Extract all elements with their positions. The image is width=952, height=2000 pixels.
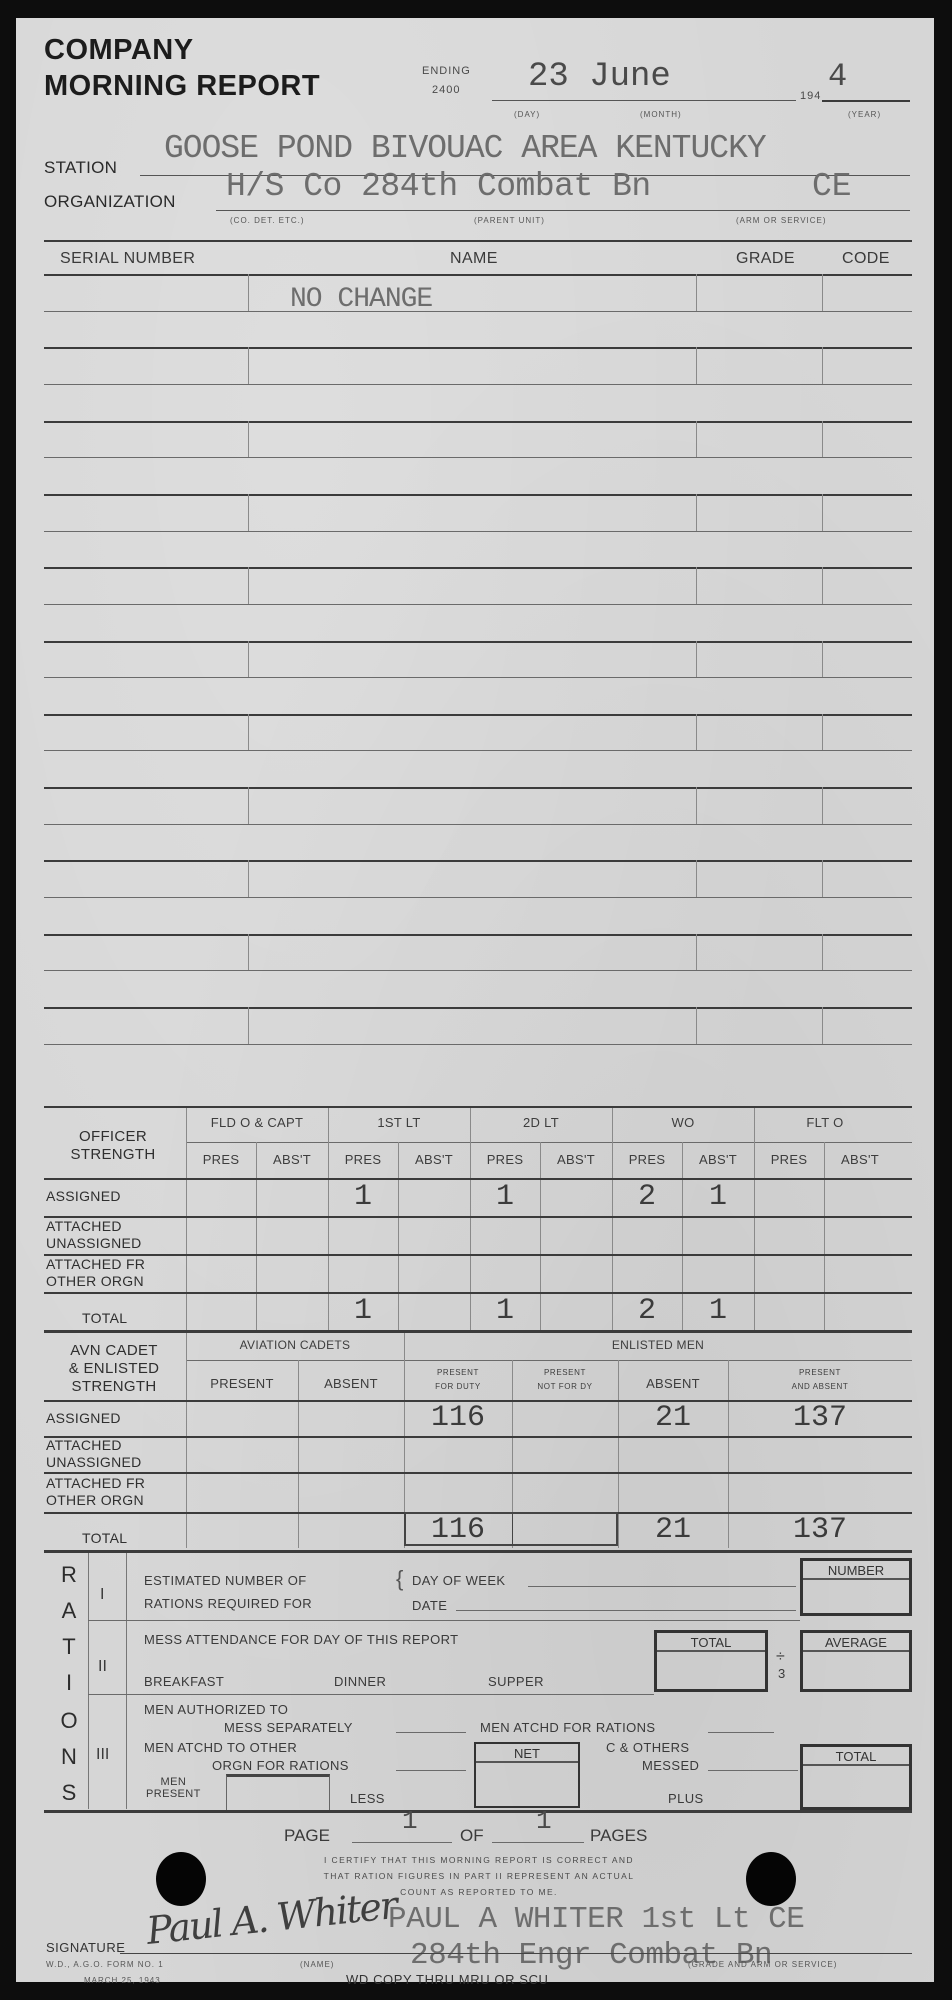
men-authorized-line1: MEN AUTHORIZED TO bbox=[144, 1702, 288, 1717]
part2-roman: II bbox=[98, 1658, 107, 1676]
officer-count-cell[interactable] bbox=[186, 1292, 256, 1330]
binder-hole-left bbox=[156, 1852, 206, 1906]
form-number: W.D., A.G.O. FORM NO. 1 bbox=[46, 1960, 164, 1969]
enlisted-count-cell[interactable] bbox=[186, 1474, 298, 1510]
enlisted-group-rule bbox=[186, 1360, 912, 1361]
officer-count-cell[interactable] bbox=[398, 1292, 470, 1330]
rations-letter: N bbox=[54, 1744, 84, 1770]
officer-row-label: ASSIGNED bbox=[46, 1188, 176, 1205]
officer-group-header: FLT O bbox=[754, 1115, 896, 1130]
part1-text-line1: ESTIMATED NUMBER OF bbox=[144, 1573, 307, 1588]
plus-label: PLUS bbox=[668, 1791, 704, 1806]
number-box[interactable]: NUMBER bbox=[800, 1558, 912, 1616]
mess-total-label: TOTAL bbox=[657, 1633, 765, 1652]
part2-bottom-rule bbox=[88, 1694, 654, 1695]
enlisted-row-label: ATTACHEDUNASSIGNED bbox=[46, 1437, 176, 1471]
officer-count-cell[interactable] bbox=[824, 1216, 896, 1254]
officer-subheader: PRES bbox=[470, 1152, 540, 1167]
year-underline bbox=[822, 100, 910, 102]
part1-roman: I bbox=[100, 1586, 104, 1604]
men-authorized-line2: MESS SEPARATELY bbox=[224, 1720, 353, 1735]
supper-label: SUPPER bbox=[488, 1674, 544, 1689]
officer-row-label: TOTAL bbox=[46, 1310, 176, 1327]
pages-label: PAGES bbox=[590, 1826, 647, 1846]
officer-subheader: ABS'T bbox=[540, 1152, 612, 1167]
date-underline bbox=[492, 100, 796, 101]
officer-count-cell[interactable] bbox=[398, 1254, 470, 1292]
total-box-divider bbox=[512, 1512, 513, 1546]
rations-roman-divider bbox=[126, 1553, 127, 1809]
enlisted-row-label: TOTAL bbox=[46, 1530, 176, 1547]
signature-label: SIGNATURE bbox=[46, 1940, 125, 1955]
officer-count-cell[interactable] bbox=[754, 1254, 824, 1292]
enlisted-count-cell[interactable] bbox=[618, 1436, 728, 1472]
officer-count-cell[interactable] bbox=[398, 1216, 470, 1254]
organization-value[interactable]: H/S Co 284th Combat Bn bbox=[226, 168, 651, 205]
mess-separately-field[interactable] bbox=[396, 1732, 466, 1733]
men-atchd-rations-field[interactable] bbox=[708, 1732, 774, 1733]
average-label: AVERAGE bbox=[803, 1633, 909, 1652]
roster-row[interactable] bbox=[44, 860, 912, 933]
enlisted-count-cell[interactable] bbox=[298, 1474, 404, 1510]
enlisted-strength-title: AVN CADET & ENLISTED STRENGTH bbox=[52, 1342, 176, 1396]
officer-count-cell[interactable] bbox=[540, 1292, 612, 1330]
officer-count-cell[interactable]: 1 bbox=[328, 1178, 398, 1216]
mess-total-box[interactable]: TOTAL bbox=[654, 1630, 768, 1692]
enlisted-count-cell[interactable] bbox=[618, 1474, 728, 1510]
enlisted-count-cell[interactable] bbox=[186, 1512, 298, 1548]
divide-sign: ÷ bbox=[776, 1648, 785, 1666]
month-caption: (MONTH) bbox=[640, 110, 682, 119]
total-pages[interactable]: 1 bbox=[536, 1806, 552, 1836]
officer-count-cell[interactable] bbox=[256, 1254, 328, 1292]
officer-count-cell[interactable] bbox=[398, 1178, 470, 1216]
officer-count-cell[interactable] bbox=[682, 1216, 754, 1254]
number-label: NUMBER bbox=[803, 1561, 909, 1580]
officer-count-cell[interactable] bbox=[754, 1216, 824, 1254]
rations-letter: R bbox=[54, 1562, 84, 1588]
officer-top-rule bbox=[44, 1106, 912, 1108]
officer-count-cell[interactable]: 1 bbox=[470, 1178, 540, 1216]
less-label: LESS bbox=[350, 1791, 385, 1806]
cadets-present-header: PRESENT bbox=[186, 1376, 298, 1391]
enlisted-count-cell[interactable] bbox=[728, 1436, 912, 1472]
present-for-duty-header: PRESENTFOR DUTY bbox=[404, 1366, 512, 1394]
enlisted-count-cell[interactable] bbox=[298, 1400, 404, 1436]
officer-subheader: ABS'T bbox=[682, 1152, 754, 1167]
service-caption: (GRADE AND ARM OR SERVICE) bbox=[688, 1960, 837, 1969]
cadets-absent-header: ABSENT bbox=[298, 1376, 404, 1391]
brace-icon: { bbox=[396, 1566, 404, 1592]
code-header: CODE bbox=[842, 250, 890, 268]
page-field-line bbox=[352, 1842, 452, 1843]
arm-caption: (ARM OR SERVICE) bbox=[736, 216, 827, 225]
ending-time: 2400 bbox=[432, 84, 460, 96]
officer-count-cell[interactable] bbox=[612, 1216, 682, 1254]
officer-group-header: WO bbox=[612, 1115, 754, 1130]
name-caption: (NAME) bbox=[300, 1960, 334, 1969]
roster-row[interactable] bbox=[44, 421, 912, 494]
total-present-box bbox=[404, 1512, 618, 1546]
roster-row[interactable] bbox=[44, 641, 912, 714]
form-date: MARCH 25, 1943 bbox=[84, 1976, 161, 1985]
officer-subheader: ABS'T bbox=[824, 1152, 896, 1167]
officer-count-cell[interactable] bbox=[256, 1178, 328, 1216]
enlisted-count-cell[interactable] bbox=[186, 1400, 298, 1436]
rations-letter: I bbox=[54, 1670, 84, 1696]
men-present-field[interactable] bbox=[226, 1774, 330, 1810]
officer-subheader: PRES bbox=[612, 1152, 682, 1167]
officer-count-cell[interactable] bbox=[540, 1178, 612, 1216]
enlisted-count-cell[interactable] bbox=[728, 1474, 912, 1510]
organization-label: ORGANIZATION bbox=[44, 192, 176, 212]
page-number[interactable]: 1 bbox=[402, 1806, 418, 1836]
officer-count-cell[interactable] bbox=[186, 1216, 256, 1254]
binder-hole-right bbox=[746, 1852, 796, 1906]
officer-count-cell[interactable]: 2 bbox=[612, 1292, 682, 1330]
roster-row[interactable] bbox=[44, 274, 912, 347]
officer-subheader: ABS'T bbox=[398, 1152, 470, 1167]
officer-count-cell[interactable] bbox=[824, 1292, 896, 1330]
serial-number-header: SERIAL NUMBER bbox=[60, 250, 195, 268]
officer-row-label: ATTACHEDUNASSIGNED bbox=[46, 1218, 176, 1252]
officer-count-cell[interactable] bbox=[540, 1254, 612, 1292]
roster-row[interactable] bbox=[44, 494, 912, 567]
officer-group-rule bbox=[186, 1142, 912, 1143]
enlisted-row-label: ASSIGNED bbox=[46, 1410, 176, 1427]
officer-count-cell[interactable] bbox=[470, 1254, 540, 1292]
copy-note: WD COPY THRU MRU OR SCU bbox=[346, 1972, 549, 1987]
average-box[interactable]: AVERAGE bbox=[800, 1630, 912, 1692]
officer-group-header: FLD O & CAPT bbox=[186, 1115, 328, 1130]
part3-total-box[interactable]: TOTAL bbox=[800, 1744, 912, 1810]
officer-group-header: 1ST LT bbox=[328, 1115, 470, 1130]
enlisted-count-cell[interactable] bbox=[404, 1474, 512, 1510]
officer-count-cell[interactable] bbox=[256, 1292, 328, 1330]
c-others-line2: MESSED bbox=[642, 1758, 699, 1773]
officer-subheader: PRES bbox=[328, 1152, 398, 1167]
officer-count-cell[interactable] bbox=[328, 1216, 398, 1254]
enlisted-count-cell[interactable] bbox=[404, 1436, 512, 1472]
aviation-cadets-header: AVIATION CADETS bbox=[186, 1338, 404, 1352]
part1-text-line2: RATIONS REQUIRED FOR bbox=[144, 1596, 312, 1611]
officer-count-cell[interactable] bbox=[186, 1254, 256, 1292]
enlisted-count-cell[interactable]: 116 bbox=[404, 1400, 512, 1436]
year-prefix: 194 bbox=[800, 90, 821, 102]
roster-row[interactable] bbox=[44, 347, 912, 420]
men-atchd-other-line1: MEN ATCHD TO OTHER bbox=[144, 1740, 297, 1755]
enlisted-count-cell[interactable] bbox=[298, 1512, 404, 1548]
officer-subheader: PRES bbox=[754, 1152, 824, 1167]
men-atchd-rations-label: MEN ATCHD FOR RATIONS bbox=[480, 1720, 655, 1735]
rations-letter: S bbox=[54, 1780, 84, 1806]
page-label: PAGE bbox=[284, 1826, 330, 1846]
part3-roman: III bbox=[96, 1746, 109, 1764]
present-and-absent-header: PRESENTAND ABSENT bbox=[728, 1366, 912, 1394]
pages-field-line bbox=[492, 1842, 584, 1843]
officer-count-cell[interactable] bbox=[612, 1254, 682, 1292]
year-caption: (YEAR) bbox=[848, 110, 881, 119]
date-field[interactable] bbox=[456, 1610, 796, 1611]
officer-subheader: ABS'T bbox=[256, 1152, 328, 1167]
station-label: STATION bbox=[44, 158, 117, 178]
officer-count-cell[interactable] bbox=[256, 1216, 328, 1254]
enlisted-count-cell[interactable] bbox=[186, 1436, 298, 1472]
organization-underline bbox=[216, 210, 910, 211]
divisor: 3 bbox=[778, 1666, 786, 1681]
enlisted-count-cell[interactable]: 21 bbox=[618, 1400, 728, 1436]
report-date[interactable]: 23 June bbox=[528, 58, 671, 96]
form-title-line2: MORNING REPORT bbox=[44, 72, 320, 101]
enlisted-count-cell[interactable] bbox=[512, 1474, 618, 1510]
roster-row[interactable] bbox=[44, 787, 912, 860]
enlisted-count-cell[interactable]: 21 bbox=[618, 1512, 728, 1548]
signature-line bbox=[120, 1953, 912, 1954]
part1-bottom-rule bbox=[88, 1620, 800, 1621]
c-others-line1: C & OTHERS bbox=[606, 1740, 689, 1755]
officer-count-cell[interactable] bbox=[540, 1216, 612, 1254]
present-not-for-duty-header: PRESENTNOT FOR DY bbox=[512, 1366, 618, 1394]
mess-attendance-title: MESS ATTENDANCE FOR DAY OF THIS REPORT bbox=[144, 1632, 459, 1647]
enlisted-count-cell[interactable]: 137 bbox=[728, 1400, 912, 1436]
day-of-week-field[interactable] bbox=[528, 1586, 796, 1587]
parent-unit-caption: (PARENT UNIT) bbox=[474, 216, 545, 225]
roster-row[interactable] bbox=[44, 934, 912, 1007]
officer-count-cell[interactable]: 1 bbox=[682, 1292, 754, 1330]
enlisted-count-cell[interactable]: 137 bbox=[728, 1512, 912, 1548]
morning-report-form: COMPANY MORNING REPORT ENDING 2400 23 Ju… bbox=[16, 18, 934, 1982]
enlisted-men-header: ENLISTED MEN bbox=[404, 1338, 912, 1352]
officer-count-cell[interactable]: 1 bbox=[328, 1292, 398, 1330]
officer-subheader: PRES bbox=[186, 1152, 256, 1167]
grade-header: GRADE bbox=[736, 250, 795, 268]
atchd-other-field[interactable] bbox=[396, 1770, 466, 1771]
officer-count-cell[interactable]: 1 bbox=[682, 1178, 754, 1216]
date-label: DATE bbox=[412, 1598, 447, 1613]
rations-letter-divider bbox=[88, 1553, 89, 1809]
day-caption: (DAY) bbox=[514, 110, 540, 119]
name-header: NAME bbox=[450, 250, 498, 268]
rations-bottom-rule bbox=[44, 1810, 912, 1813]
officer-count-cell[interactable] bbox=[754, 1178, 824, 1216]
signer-name-grade: PAUL A WHITER 1st Lt CE bbox=[388, 1902, 804, 1937]
officer-count-cell[interactable] bbox=[186, 1178, 256, 1216]
roster-row[interactable] bbox=[44, 1007, 912, 1080]
officer-group-header: 2D LT bbox=[470, 1115, 612, 1130]
station-value[interactable]: GOOSE POND BIVOUAC AREA KENTUCKY bbox=[164, 130, 766, 167]
officer-count-cell[interactable]: 2 bbox=[612, 1178, 682, 1216]
rations-letter: A bbox=[54, 1598, 84, 1624]
breakfast-label: BREAKFAST bbox=[144, 1674, 224, 1689]
arm-service-value[interactable]: CE bbox=[812, 168, 852, 205]
rations-letter: T bbox=[54, 1634, 84, 1660]
net-label: NET bbox=[476, 1744, 578, 1763]
form-title-line1: COMPANY bbox=[44, 36, 194, 65]
of-label: OF bbox=[460, 1826, 484, 1846]
co-caption: (CO. DET. ETC.) bbox=[230, 216, 305, 225]
day-of-week-label: DAY OF WEEK bbox=[412, 1573, 506, 1588]
officer-count-cell[interactable] bbox=[754, 1292, 824, 1330]
ending-label: ENDING bbox=[422, 65, 471, 77]
roster-top-rule bbox=[44, 240, 912, 242]
enlisted-count-cell[interactable] bbox=[298, 1436, 404, 1472]
part3-total-label: TOTAL bbox=[803, 1747, 909, 1766]
year-digit[interactable]: 4 bbox=[828, 58, 847, 95]
enlisted-row-label: ATTACHED FROTHER ORGN bbox=[46, 1475, 176, 1509]
officer-count-cell[interactable] bbox=[328, 1254, 398, 1292]
c-others-field[interactable] bbox=[708, 1770, 798, 1771]
officer-count-cell[interactable] bbox=[470, 1216, 540, 1254]
enlisted-count-cell[interactable] bbox=[512, 1436, 618, 1472]
officer-row-label: ATTACHED FROTHER ORGN bbox=[46, 1256, 176, 1290]
officer-count-cell[interactable] bbox=[824, 1178, 896, 1216]
roster-row[interactable] bbox=[44, 714, 912, 787]
enlisted-top-rule bbox=[44, 1330, 912, 1333]
rations-top-rule bbox=[44, 1550, 912, 1553]
enlisted-count-cell[interactable] bbox=[512, 1400, 618, 1436]
dinner-label: DINNER bbox=[334, 1674, 386, 1689]
officer-count-cell[interactable] bbox=[682, 1254, 754, 1292]
men-atchd-other-line2: ORGN FOR RATIONS bbox=[212, 1758, 349, 1773]
officer-count-cell[interactable] bbox=[824, 1254, 896, 1292]
roster-row[interactable] bbox=[44, 567, 912, 640]
rations-letter: O bbox=[54, 1708, 84, 1734]
officer-count-cell[interactable]: 1 bbox=[470, 1292, 540, 1330]
net-box[interactable]: NET bbox=[474, 1742, 580, 1808]
enlisted-absent-header: ABSENT bbox=[618, 1376, 728, 1391]
men-present-label: MEN PRESENT bbox=[146, 1776, 201, 1800]
officer-strength-title: OFFICER STRENGTH bbox=[58, 1128, 168, 1164]
